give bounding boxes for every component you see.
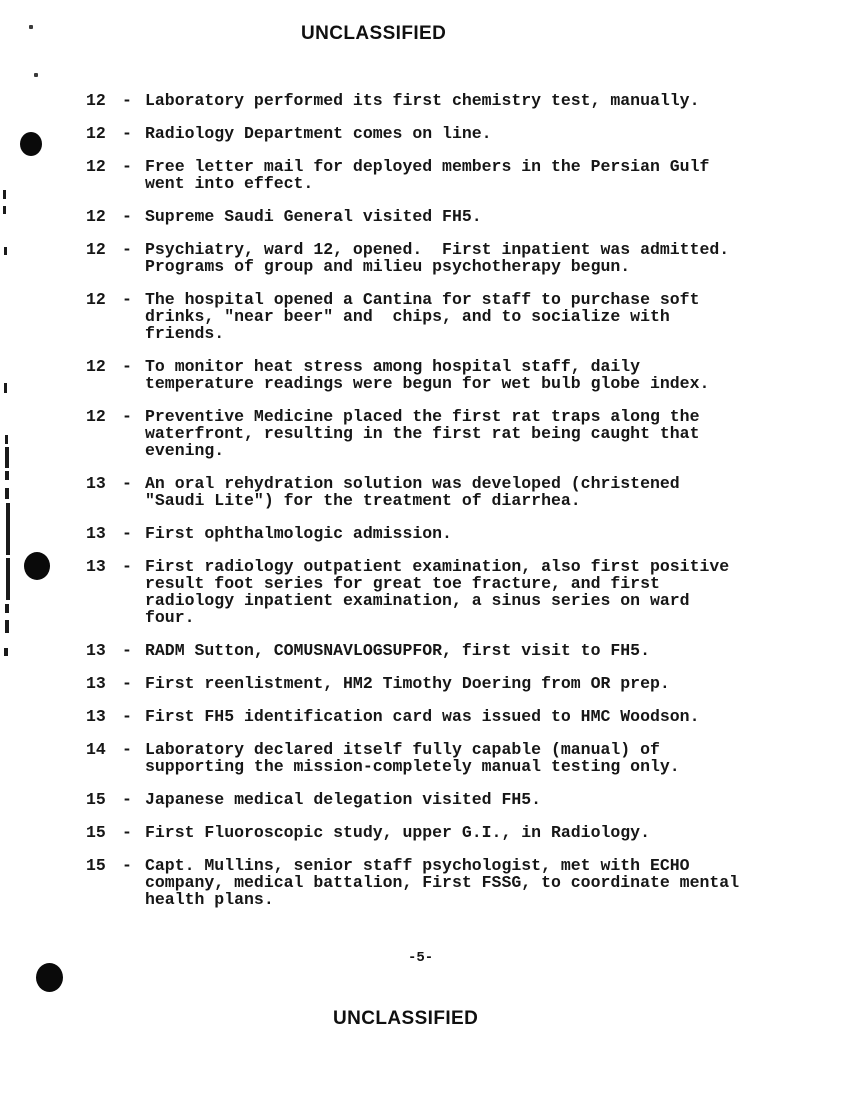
entry-day: 12 (86, 158, 107, 192)
entry-separator: - (122, 475, 132, 509)
entry-separator: - (122, 642, 132, 659)
entry-separator: - (122, 208, 132, 225)
chronology-entry: 15-First Fluoroscopic study, upper G.I.,… (86, 824, 786, 841)
chronology-entry: 14-Laboratory declared itself fully capa… (86, 741, 786, 775)
chronology-entry: 13-First FH5 identification card was iss… (86, 708, 786, 725)
entry-text: Supreme Saudi General visited FH5. (145, 208, 482, 225)
hole-punch-mark (20, 132, 42, 156)
classification-header: UNCLASSIFIED (301, 24, 446, 43)
entry-day: 13 (86, 642, 107, 659)
entry-separator: - (122, 291, 132, 342)
chronology-entry: 12-To monitor heat stress among hospital… (86, 358, 786, 392)
entry-text: Japanese medical delegation visited FH5. (145, 791, 541, 808)
scan-mark (4, 247, 7, 255)
chronology-entry: 12-Psychiatry, ward 12, opened. First in… (86, 241, 786, 275)
entry-separator: - (122, 525, 132, 542)
scan-mark (5, 435, 8, 444)
entry-text: Laboratory declared itself fully capable… (145, 741, 680, 775)
chronology-entry: 12-Free letter mail for deployed members… (86, 158, 786, 192)
entry-separator: - (122, 558, 132, 626)
entry-separator: - (122, 358, 132, 392)
hole-punch-mark (24, 552, 50, 580)
scan-mark (5, 620, 9, 633)
entry-day: 12 (86, 408, 107, 459)
scan-mark (5, 604, 9, 613)
entry-day: 13 (86, 525, 107, 542)
entry-day: 13 (86, 708, 107, 725)
chronology-entry: 13-First reenlistment, HM2 Timothy Doeri… (86, 675, 786, 692)
hole-punch-mark (36, 963, 63, 992)
document-page: UNCLASSIFIED 12-Laboratory performed its… (0, 0, 850, 1097)
scan-mark (6, 558, 10, 600)
scan-mark (4, 648, 8, 656)
scan-mark (5, 488, 9, 499)
entry-separator: - (122, 675, 132, 692)
entry-separator: - (122, 708, 132, 725)
chronology-entry: 13-First radiology outpatient examinatio… (86, 558, 786, 626)
page-number: -5- (408, 951, 433, 965)
chronology-entry: 12-Laboratory performed its first chemis… (86, 92, 786, 109)
entry-text: First FH5 identification card was issued… (145, 708, 700, 725)
chronology-entry: 13-An oral rehydration solution was deve… (86, 475, 786, 509)
entry-text: To monitor heat stress among hospital st… (145, 358, 709, 392)
entry-day: 15 (86, 857, 107, 908)
entry-text: An oral rehydration solution was develop… (145, 475, 680, 509)
chronology-entry: 15-Capt. Mullins, senior staff psycholog… (86, 857, 786, 908)
scan-mark (4, 383, 7, 393)
entry-separator: - (122, 158, 132, 192)
scan-mark (6, 503, 10, 555)
chronology-entry: 13-First ophthalmologic admission. (86, 525, 786, 542)
entry-separator: - (122, 824, 132, 841)
scan-speck (29, 25, 33, 29)
entry-separator: - (122, 791, 132, 808)
entry-day: 12 (86, 125, 107, 142)
entry-day: 14 (86, 741, 107, 775)
entry-day: 12 (86, 92, 107, 109)
scan-speck (34, 73, 38, 77)
entry-day: 13 (86, 558, 107, 626)
chronology-list: 12-Laboratory performed its first chemis… (86, 92, 786, 924)
entry-text: Free letter mail for deployed members in… (145, 158, 709, 192)
entry-separator: - (122, 241, 132, 275)
entry-text: Capt. Mullins, senior staff psychologist… (145, 857, 739, 908)
entry-day: 12 (86, 208, 107, 225)
entry-separator: - (122, 741, 132, 775)
entry-separator: - (122, 857, 132, 908)
scan-mark (3, 206, 6, 214)
scan-mark (3, 190, 6, 199)
entry-text: First radiology outpatient examination, … (145, 558, 729, 626)
entry-separator: - (122, 408, 132, 459)
entry-day: 15 (86, 824, 107, 841)
entry-separator: - (122, 125, 132, 142)
chronology-entry: 12-Preventive Medicine placed the first … (86, 408, 786, 459)
entry-day: 13 (86, 675, 107, 692)
entry-day: 12 (86, 241, 107, 275)
entry-separator: - (122, 92, 132, 109)
scan-mark (5, 471, 9, 480)
chronology-entry: 12-Supreme Saudi General visited FH5. (86, 208, 786, 225)
entry-text: First Fluoroscopic study, upper G.I., in… (145, 824, 650, 841)
entry-day: 12 (86, 291, 107, 342)
chronology-entry: 15-Japanese medical delegation visited F… (86, 791, 786, 808)
entry-text: Laboratory performed its first chemistry… (145, 92, 700, 109)
entry-text: First reenlistment, HM2 Timothy Doering … (145, 675, 670, 692)
entry-text: Preventive Medicine placed the first rat… (145, 408, 700, 459)
entry-text: The hospital opened a Cantina for staff … (145, 291, 700, 342)
entry-text: First ophthalmologic admission. (145, 525, 452, 542)
entry-text: Psychiatry, ward 12, opened. First inpat… (145, 241, 729, 275)
chronology-entry: 13-RADM Sutton, COMUSNAVLOGSUPFOR, first… (86, 642, 786, 659)
chronology-entry: 12-The hospital opened a Cantina for sta… (86, 291, 786, 342)
entry-text: RADM Sutton, COMUSNAVLOGSUPFOR, first vi… (145, 642, 650, 659)
entry-day: 15 (86, 791, 107, 808)
scan-mark (5, 447, 9, 468)
classification-footer: UNCLASSIFIED (333, 1009, 478, 1028)
entry-day: 12 (86, 358, 107, 392)
entry-day: 13 (86, 475, 107, 509)
entry-text: Radiology Department comes on line. (145, 125, 492, 142)
chronology-entry: 12-Radiology Department comes on line. (86, 125, 786, 142)
